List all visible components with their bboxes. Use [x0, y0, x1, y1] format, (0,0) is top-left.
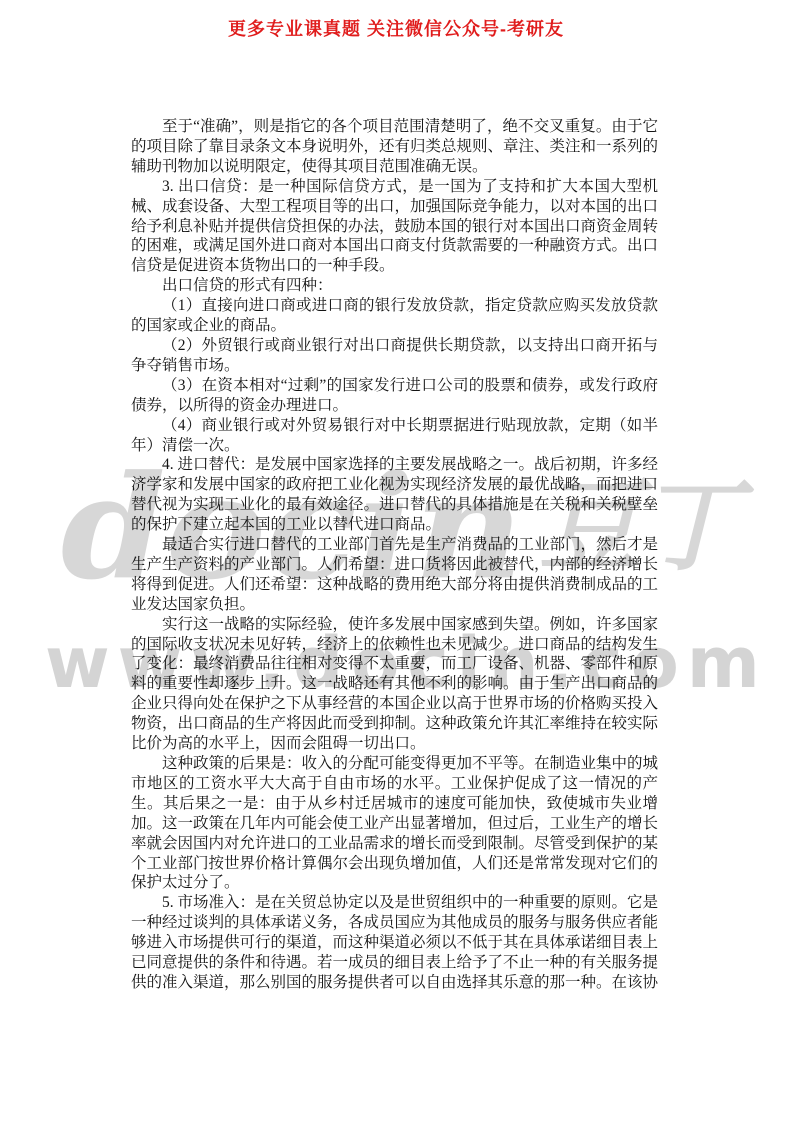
paragraph: 4. 进口替代：是发展中国家选择的主要发展战略之一。战后初期，许多经济学家和发展… — [131, 455, 658, 535]
paragraph: 至于“准确”，则是指它的各个项目范围清楚明了，绝不交叉重复。由于它的项目除了靠目… — [131, 117, 658, 177]
document-page: 更多专业课真题 关注微信公众号-考研友 docin 豆丁 www.docin.c… — [0, 0, 792, 1122]
paragraph: （2）外贸银行或商业银行对出口商提供长期贷款，以支持出口商开拓与争夺销售市场。 — [131, 336, 658, 376]
paragraph: 出口信贷的形式有四种： — [131, 276, 658, 296]
paragraph: 3. 出口信贷：是一种国际信贷方式，是一国为了支持和扩大本国大型机械、成套设备、… — [131, 177, 658, 277]
paragraph: 这种政策的后果是：收入的分配可能变得更加不平等。在制造业集中的城市地区的工资水平… — [131, 754, 658, 893]
promo-header-text: 更多专业课真题 关注微信公众号-考研友 — [0, 15, 792, 41]
paragraph: 实行这一战略的实际经验，使许多发展中国家感到失望。例如，许多国家的国际收支状况未… — [131, 615, 658, 754]
paragraph: 5. 市场准入：是在关贸总协定以及是世贸组织中的一种重要的原则。它是一种经过谈判… — [131, 893, 658, 993]
paragraph: （4）商业银行或对外贸易银行对中长期票据进行贴现放款，定期（如半年）清偿一次。 — [131, 416, 658, 456]
paragraph: （3）在资本相对“过剩”的国家发行进口公司的股票和债券，或发行政府债券，以所得的… — [131, 376, 658, 416]
paragraph: （1）直接向进口商或进口商的银行发放贷款，指定贷款应购买发放贷款的国家或企业的商… — [131, 296, 658, 336]
document-body: 至于“准确”，则是指它的各个项目范围清楚明了，绝不交叉重复。由于它的项目除了靠目… — [131, 117, 658, 993]
paragraph: 最适合实行进口替代的工业部门首先是生产消费品的工业部门，然后才是生产生产资料的产… — [131, 535, 658, 615]
